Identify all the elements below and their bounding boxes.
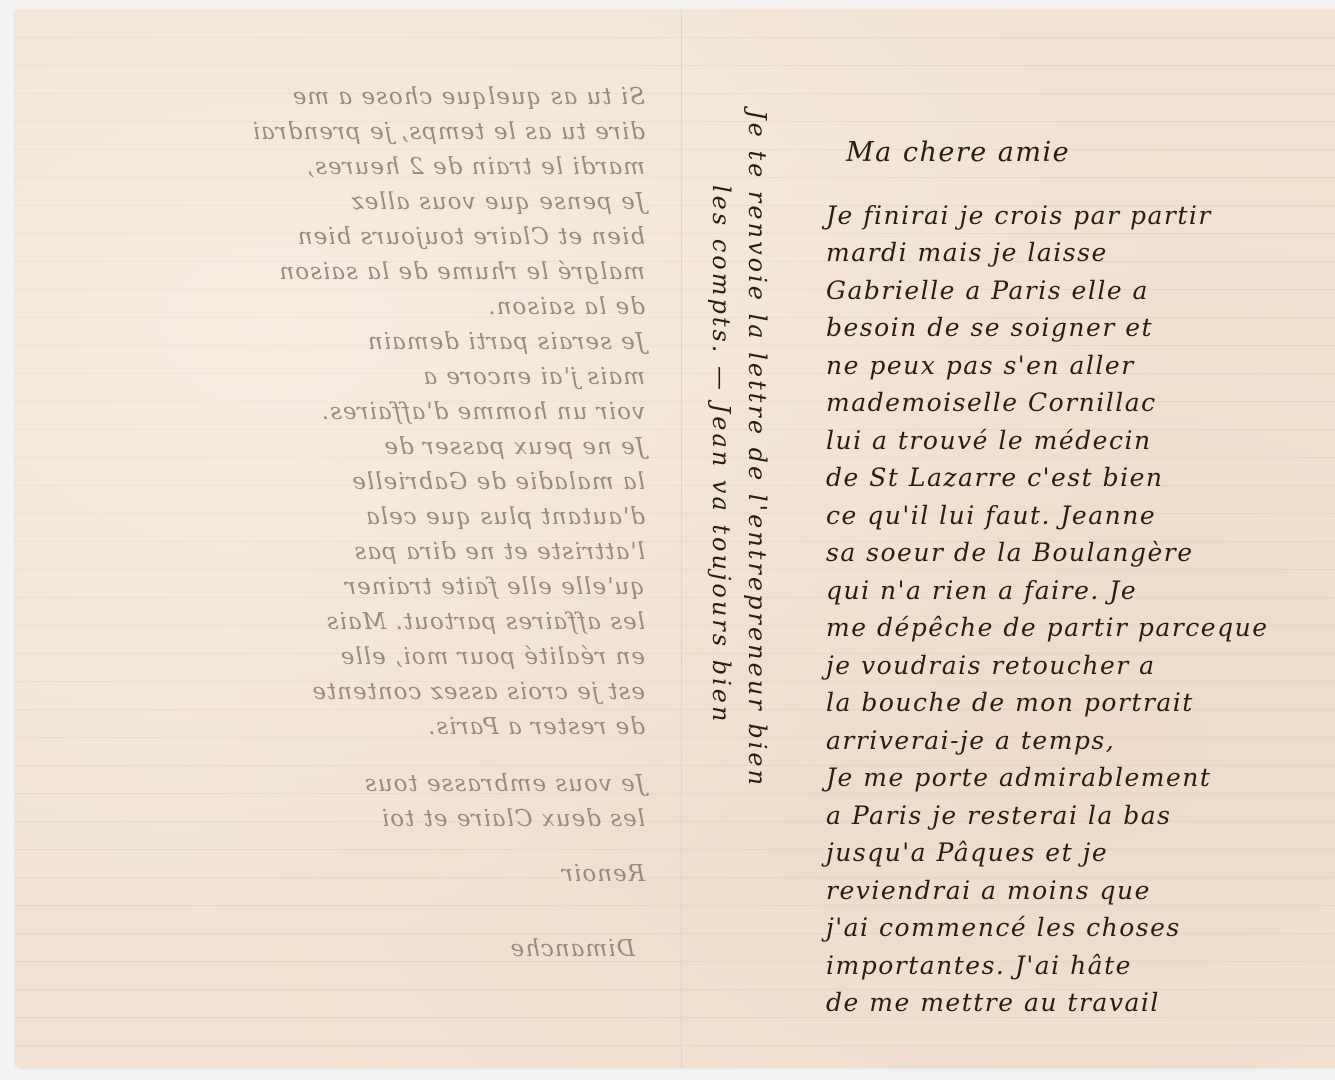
margin-postscript-line-1: Je te renvoie la lettre de l'entrepreneu… [743,110,771,1010]
right-page: Je te renvoie la lettre de l'entrepreneu… [683,10,1335,1068]
body-line: ne peux pas s'en aller [826,347,1326,385]
bleed-closing-line: les deux Claire et toi [45,802,645,837]
body-line: la bouche de mon portrait [826,684,1326,722]
body-line: de St Lazarre c'est bien [826,459,1326,497]
body-line: me dépêche de partir parceque [826,609,1326,647]
bleed-line: de la saison. [45,290,645,325]
bleed-line: Si tu as quelque chose a me [45,80,645,115]
bleed-through-text: Si tu as quelque chose a me dire tu as l… [45,80,645,967]
bleed-line: malgré le rhume de la saison [45,255,645,290]
bleed-line: voir un homme d'affaires. [45,395,645,430]
bleed-line: Je ne peux passer de [45,430,645,465]
bleed-line: Je serais parti demain [45,325,645,360]
bleed-line: dire tu as le temps, je prendrai [45,115,645,150]
body-line: lui a trouvé le médecin [826,422,1326,460]
bleed-line: la maladie de Gabrielle [45,465,645,500]
letter-body: Ma chere amie Je finirai je crois par pa… [826,134,1326,1022]
body-line: Gabrielle a Paris elle a [826,272,1326,310]
body-line: a Paris je resterai la bas [826,797,1326,835]
body-line: sa soeur de la Boulangère [826,534,1326,572]
body-line: reviendrai a moins que [826,872,1326,910]
body-line: mardi mais je laisse [826,234,1326,272]
letter-sheet: Si tu as quelque chose a me dire tu as l… [15,10,1335,1068]
body-line: besoin de se soigner et [826,309,1326,347]
body-line: Je me porte admirablement [826,759,1326,797]
bleed-line: les affaires partout. Mais [45,605,645,640]
bleed-line: de rester a Paris. [45,710,645,745]
body-line: je voudrais retoucher a [826,647,1326,685]
bleed-line: mardi le train de 2 heures, [45,150,645,185]
body-line: jusqu'a Pâques et je [826,834,1326,872]
margin-postscript-line-2: les compts. — Jean va toujours bien [707,185,735,1080]
bleed-closing-line: Je vous embrasse tous [45,767,645,802]
bleed-line: est je crois assez contente [45,675,645,710]
bleed-line: bien et Claire toujours bien [45,220,645,255]
body-line: ce qu'il lui faut. Jeanne [826,497,1326,535]
salutation: Ma chere amie [846,134,1326,172]
body-line: mademoiselle Cornillac [826,384,1326,422]
bleed-line: mais j'ai encore a [45,360,645,395]
body-line: Je finirai je crois par partir [826,197,1326,235]
bleed-closing: Je vous embrasse tous les deux Claire et… [45,767,645,892]
bleed-line: Je pense que vous allez [45,185,645,220]
body-line: qui n'a rien a faire. Je [826,572,1326,610]
bleed-line: en réalité pour moi, elle [45,640,645,675]
body-line: de me mettre au travail [826,984,1326,1022]
bleed-line: d'autant plus que cela [45,500,645,535]
body-line: arriverai-je a temps, [826,722,1326,760]
bleed-line: qu'elle elle faite trainer [45,570,645,605]
body-line: importantes. J'ai hâte [826,947,1326,985]
bleed-closing-word: Renoir [45,857,645,892]
bleed-line: l'attriste et ne dira pas [45,535,645,570]
left-page: Si tu as quelque chose a me dire tu as l… [15,10,681,1068]
bleed-signature: Dimanche [45,932,635,967]
body-line: j'ai commencé les choses [826,909,1326,947]
